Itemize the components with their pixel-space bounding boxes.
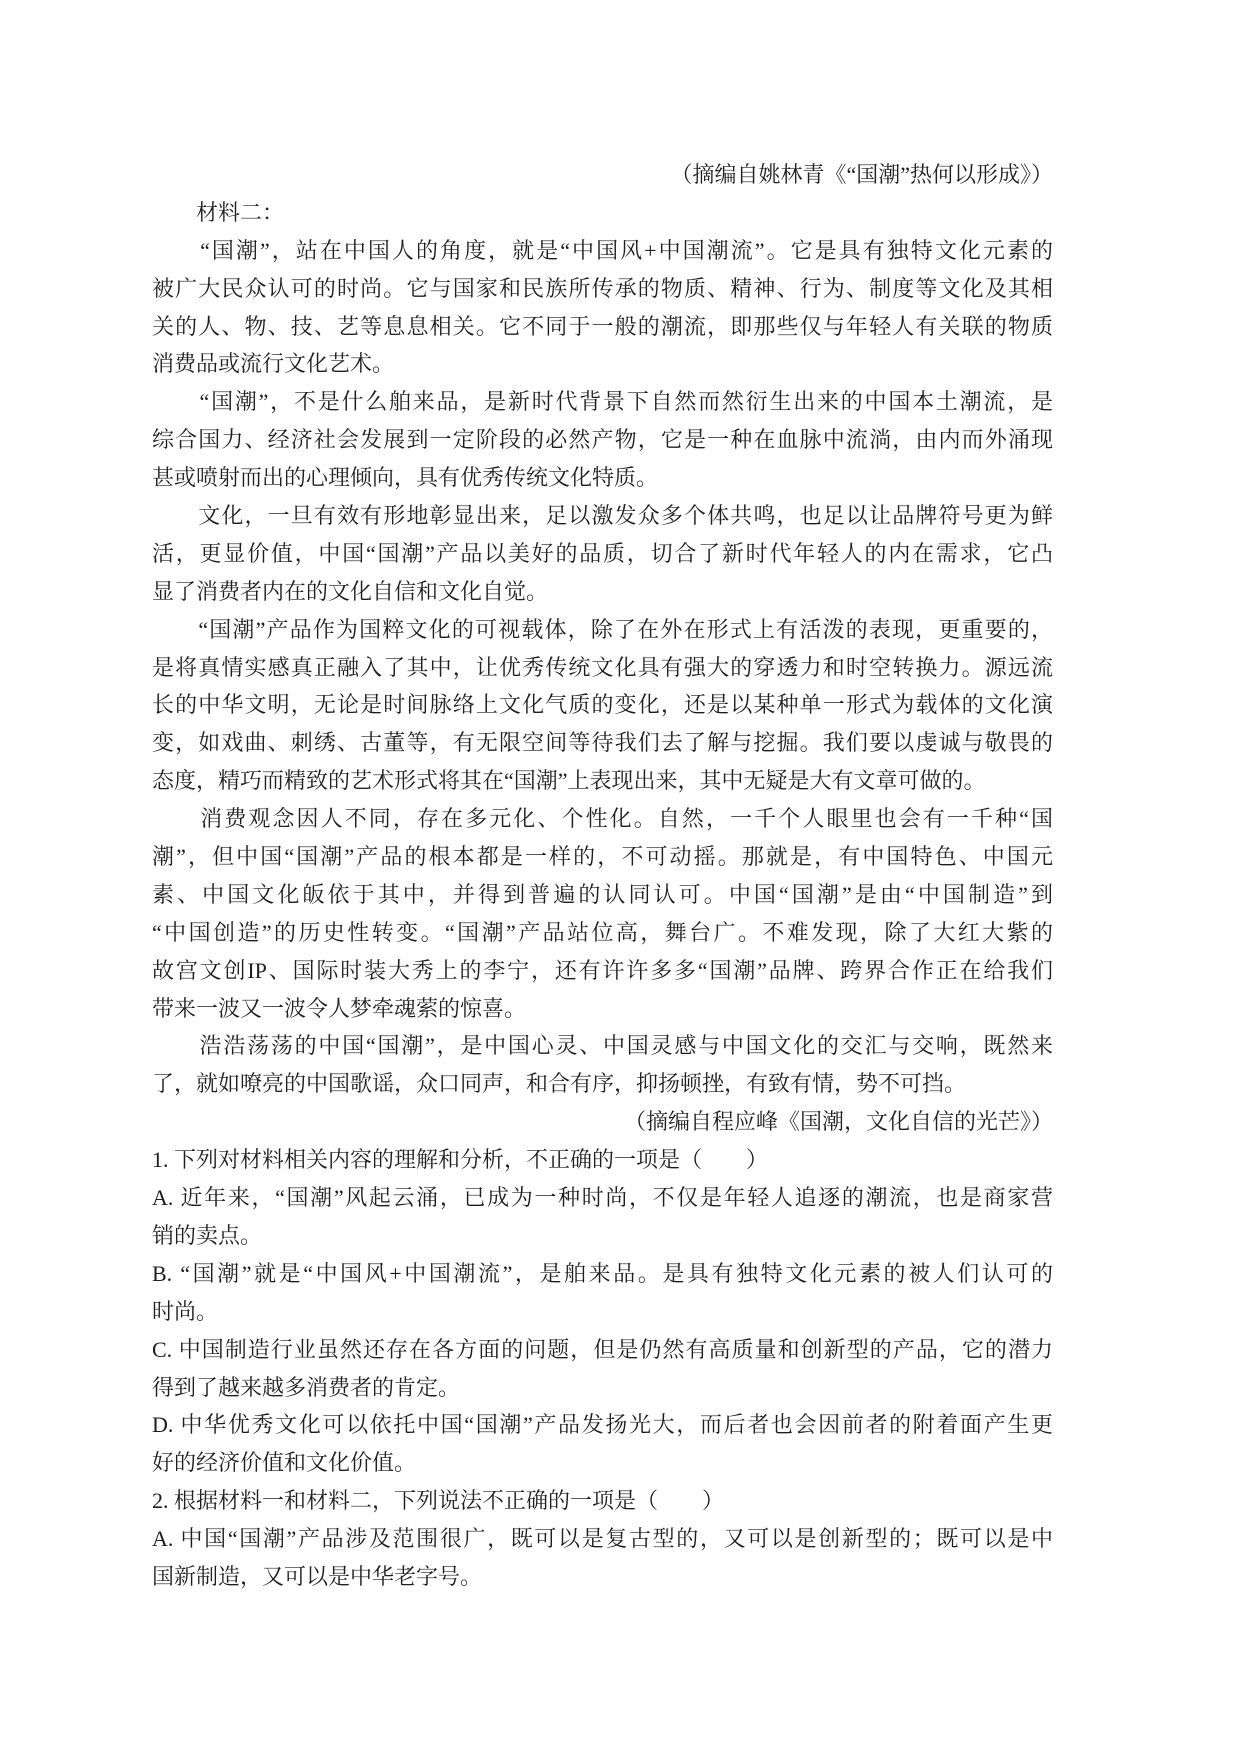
text-line: 好的经济价值和文化价值。 (152, 1444, 1053, 1482)
text-line: A. 中国“国潮”产品涉及范围很广，既可以是复古型的，又可以是创新型的；既可以是… (152, 1520, 1053, 1558)
text-line: 关的人、物、技、艺等息息相关。它不同于一般的潮流，即那些仅与年轻人有关联的物质 (152, 308, 1053, 346)
text-line: （摘编自程应峰《国潮，文化自信的光芒》） (152, 1103, 1053, 1141)
text-line: A. 近年来，“国潮”风起云涌，已成为一种时尚，不仅是年轻人追逐的潮流，也是商家… (152, 1179, 1053, 1217)
text-line: 甚或喷射而出的心理倾向，具有优秀传统文化特质。 (152, 459, 1053, 497)
text-line: 2. 根据材料一和材料二，下列说法不正确的一项是（ ） (152, 1482, 1053, 1520)
text-line: 活，更显价值，中国“国潮”产品以美好的品质，切合了新时代年轻人的内在需求，它凸 (152, 535, 1053, 573)
text-line: 1. 下列对材料相关内容的理解和分析，不正确的一项是（ ） (152, 1141, 1053, 1179)
text-line: 变，如戏曲、刺绣、古董等，有无限空间等待我们去了解与挖掘。我们要以虔诚与敬畏的 (152, 724, 1053, 762)
text-line: 长的中华文明，无论是时间脉络上文化气质的变化，还是以某种单一形式为载体的文化演 (152, 686, 1053, 724)
text-line: 消费观念因人不同，存在多元化、个性化。自然，一千个人眼里也会有一千种“国 (152, 800, 1053, 838)
text-line: 国新制造，又可以是中华老字号。 (152, 1558, 1053, 1596)
text-line: 了，就如嘹亮的中国歌谣，众口同声，和合有序，抑扬顿挫，有致有情，势不可挡。 (152, 1065, 1053, 1103)
text-line: D. 中华优秀文化可以依托中国“国潮”产品发扬光大，而后者也会因前者的附着面产生… (152, 1406, 1053, 1444)
text-line: （摘编自姚林青《“国潮”热何以形成》） (152, 156, 1053, 194)
text-line: “中国创造”的历史性转变。“国潮”产品站位高，舞台广。不难发现，除了大红大紫的 (152, 914, 1053, 952)
text-line: “国潮”，站在中国人的角度，就是“中国风+中国潮流”。它是具有独特文化元素的 (152, 232, 1053, 270)
text-line: 潮”，但中国“国潮”产品的根本都是一样的，不可动摇。那就是，有中国特色、中国元 (152, 838, 1053, 876)
text-line: C. 中国制造行业虽然还存在各方面的问题，但是仍然有高质量和创新型的产品，它的潜… (152, 1331, 1053, 1369)
text-line: 时尚。 (152, 1293, 1053, 1331)
text-line: 文化，一旦有效有形地彰显出来，足以激发众多个体共鸣，也足以让品牌符号更为鲜 (152, 497, 1053, 535)
text-line: 消费品或流行文化艺术。 (152, 345, 1053, 383)
text-line: 销的卖点。 (152, 1217, 1053, 1255)
text-line: 得到了越来越多消费者的肯定。 (152, 1369, 1053, 1407)
text-line: 显了消费者内在的文化自信和文化自觉。 (152, 573, 1053, 611)
text-line: B. “国潮”就是“中国风+中国潮流”，是舶来品。是具有独特文化元素的被人们认可… (152, 1255, 1053, 1293)
text-line: 浩浩荡荡的中国“国潮”，是中国心灵、中国灵感与中国文化的交汇与交响，既然来 (152, 1027, 1053, 1065)
text-line: 带来一波又一波令人梦牵魂萦的惊喜。 (152, 990, 1053, 1028)
text-line: “国潮”，不是什么舶来品，是新时代背景下自然而然衍生出来的中国本土潮流，是 (152, 383, 1053, 421)
text-line: 被广大民众认可的时尚。它与国家和民族所传承的物质、精神、行为、制度等文化及其相 (152, 270, 1053, 308)
document-body: （摘编自姚林青《“国潮”热何以形成》） 材料二： “国潮”，站在中国人的角度，就… (152, 156, 1053, 1596)
document-page: （摘编自姚林青《“国潮”热何以形成》） 材料二： “国潮”，站在中国人的角度，就… (0, 0, 1240, 1754)
text-line: 是将真情实感真正融入了其中，让优秀传统文化具有强大的穿透力和时空转换力。源远流 (152, 649, 1053, 687)
text-line: 综合国力、经济社会发展到一定阶段的必然产物，它是一种在血脉中流淌，由内而外涌现 (152, 421, 1053, 459)
text-line: “国潮”产品作为国粹文化的可视载体，除了在外在形式上有活泼的表现，更重要的， (152, 611, 1053, 649)
text-line: 故宫文创IP、国际时装大秀上的李宁，还有许许多多“国潮”品牌、跨界合作正在给我们 (152, 952, 1053, 990)
text-line: 态度，精巧而精致的艺术形式将其在“国潮”上表现出来，其中无疑是大有文章可做的。 (152, 762, 1053, 800)
text-line: 素、中国文化皈依于其中，并得到普遍的认同认可。中国“国潮”是由“中国制造”到 (152, 876, 1053, 914)
text-line: 材料二： (152, 194, 1053, 232)
